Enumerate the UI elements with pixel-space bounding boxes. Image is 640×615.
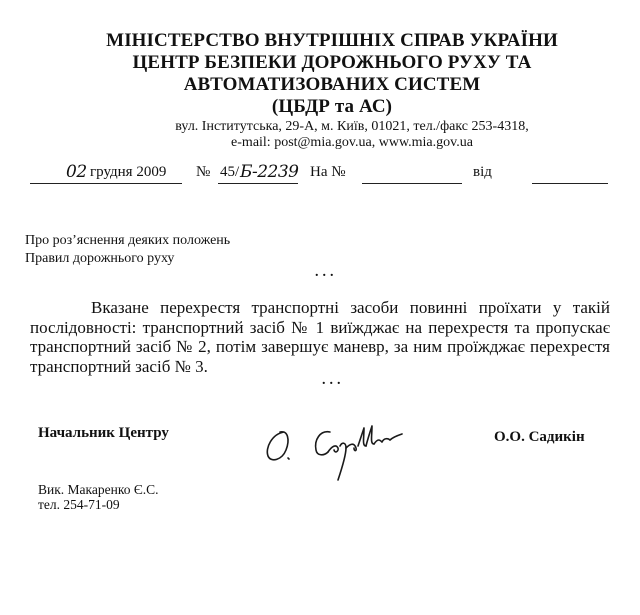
handwritten-signature-icon <box>262 418 412 488</box>
date-month-year: грудня 2009 <box>90 164 166 181</box>
subject-line1: Про роз’яснення деяких положень <box>25 232 230 250</box>
reply-date-label: від <box>473 164 492 181</box>
signatory-position: Начальник Центру <box>38 425 169 442</box>
center-name-line1: ЦЕНТР БЕЗПЕКИ ДОРОЖНЬОГО РУХУ ТА <box>12 52 640 74</box>
signatory-name: О.О. Садикін <box>494 429 585 446</box>
center-abbreviation: (ЦБДР та АС) <box>12 96 640 118</box>
number-label: № <box>196 164 210 181</box>
body-line-3: транспортний засіб № 2, потім завершує м… <box>30 337 610 357</box>
ellipsis-omission-bottom: ... <box>322 373 345 389</box>
executor-phone: тел. 254-71-09 <box>38 497 120 513</box>
reply-number-field <box>362 164 462 184</box>
body-line-4: транспортний засіб № 3. <box>30 357 610 377</box>
document-page: МІНІСТЕРСТВО ВНУТРІШНІХ СПРАВ УКРАЇНИ ЦЕ… <box>0 0 640 615</box>
body-line-2: послідовності: транспортний засіб № 1 ви… <box>30 318 610 338</box>
date-day-handwritten: 02 <box>66 162 87 182</box>
ministry-name: МІНІСТЕРСТВО ВНУТРІШНІХ СПРАВ УКРАЇНИ <box>12 30 640 52</box>
registration-line: 02 грудня 2009 № 45/ Б-2239 На № від <box>30 164 610 186</box>
subject-line2: Правил дорожнього руху <box>25 250 174 268</box>
executor-name: Вик. Макаренко Є.С. <box>38 482 159 498</box>
address-line: вул. Інститутська, 29-А, м. Київ, 01021,… <box>32 118 640 135</box>
ellipsis-omission-top: ... <box>315 265 338 281</box>
number-handwritten: Б-2239 <box>240 162 299 182</box>
reply-date-field <box>532 164 608 184</box>
center-name-line2: АВТОМАТИЗОВАНИХ СИСТЕМ <box>12 74 640 96</box>
number-printed: 45/ <box>220 164 239 181</box>
letter-body: Вказане перехрестя транспортні засоби по… <box>30 298 610 376</box>
body-line-1: Вказане перехрестя транспортні засоби по… <box>30 298 610 318</box>
reply-number-label: На № <box>310 164 346 181</box>
contact-line: e-mail: post@mia.gov.ua, www.mia.gov.ua <box>32 134 640 151</box>
